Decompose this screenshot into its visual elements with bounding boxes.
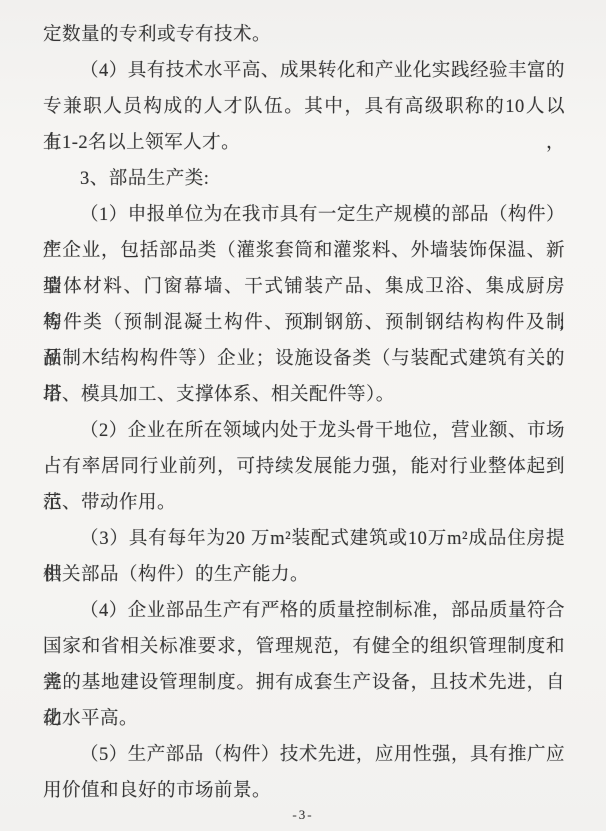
document-text-block: 定数量的专利或专有技术。 （4）具有技术水平高、成果转化和产业化实践经验丰富的 … <box>43 17 565 809</box>
text-line: 3、部品生产类: <box>43 161 565 197</box>
text-line: 范、带动作用。 <box>43 485 565 521</box>
text-line: 善的基地建设管理制度。拥有成套生产设备，且技术先进，自动 <box>43 665 565 701</box>
text-line: （2）企业在所在领域内处于龙头骨干地位，营业额、市场 <box>43 413 565 449</box>
text-line: （3）具有每年为20 万m²装配式建筑或10万m²成品住房提供 <box>43 521 565 557</box>
text-line: 专兼职人员构成的人才队伍。其中，具有高级职称的10人以上， <box>43 89 565 125</box>
text-line: （4）具有技术水平高、成果转化和产业化实践经验丰富的 <box>43 53 565 89</box>
text-line: （4）企业部品生产有严格的质量控制标准，部品质量符合 <box>43 593 565 629</box>
text-line: 预制木结构构件等）企业；设施设备类（与装配式建筑有关的塔 <box>43 341 565 377</box>
text-line: （1）申报单位为在我市具有一定生产规模的部品（构件）生 <box>43 197 565 233</box>
text-line: 国家和省相关标准要求，管理规范，有健全的组织管理制度和完 <box>43 629 565 665</box>
text-line: 化水平高。 <box>43 701 565 737</box>
text-line: 定数量的专利或专有技术。 <box>43 17 565 53</box>
text-line: 相关部品（构件）的生产能力。 <box>43 557 565 593</box>
text-line: 构件类（预制混凝土构件、预制钢筋、预制钢结构构件及制品、 <box>43 305 565 341</box>
text-line: 产企业，包括部品类（灌浆套筒和灌浆料、外墙装饰保温、新型 <box>43 233 565 269</box>
document-page: 定数量的专利或专有技术。 （4）具有技术水平高、成果转化和产业化实践经验丰富的 … <box>0 0 606 831</box>
text-line: 墙体材料、门窗幕墙、干式铺装产品、集成卫浴、集成厨房等）; <box>43 269 565 305</box>
text-line: 占有率居同行业前列，可持续发展能力强，能对行业整体起到示 <box>43 449 565 485</box>
text-line: 吊、模具加工、支撑体系、相关配件等）。 <box>43 377 565 413</box>
text-line: 用价值和良好的市场前景。 <box>43 773 565 809</box>
page-number: -3- <box>0 807 606 823</box>
text-line: （5）生产部品（构件）技术先进，应用性强，具有推广应 <box>43 737 565 773</box>
